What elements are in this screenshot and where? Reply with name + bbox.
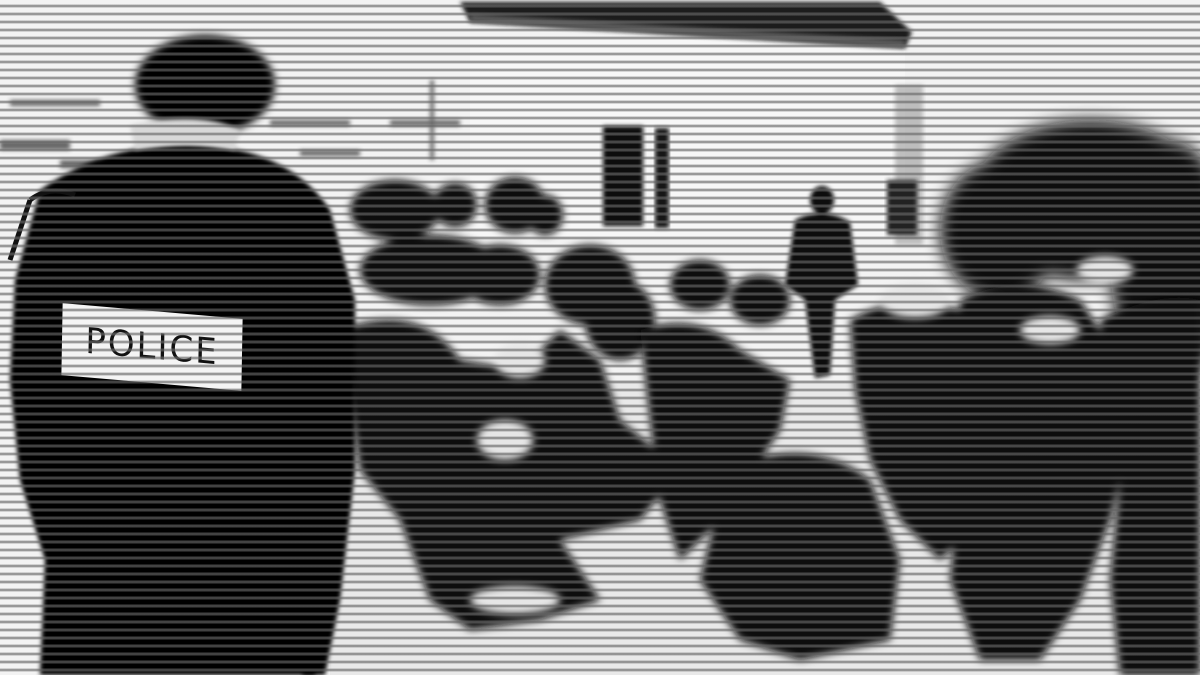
building-window bbox=[603, 126, 643, 226]
police-patch-text: POLICE bbox=[85, 320, 219, 374]
building-window-frame bbox=[655, 128, 669, 228]
officer-body bbox=[10, 145, 355, 675]
